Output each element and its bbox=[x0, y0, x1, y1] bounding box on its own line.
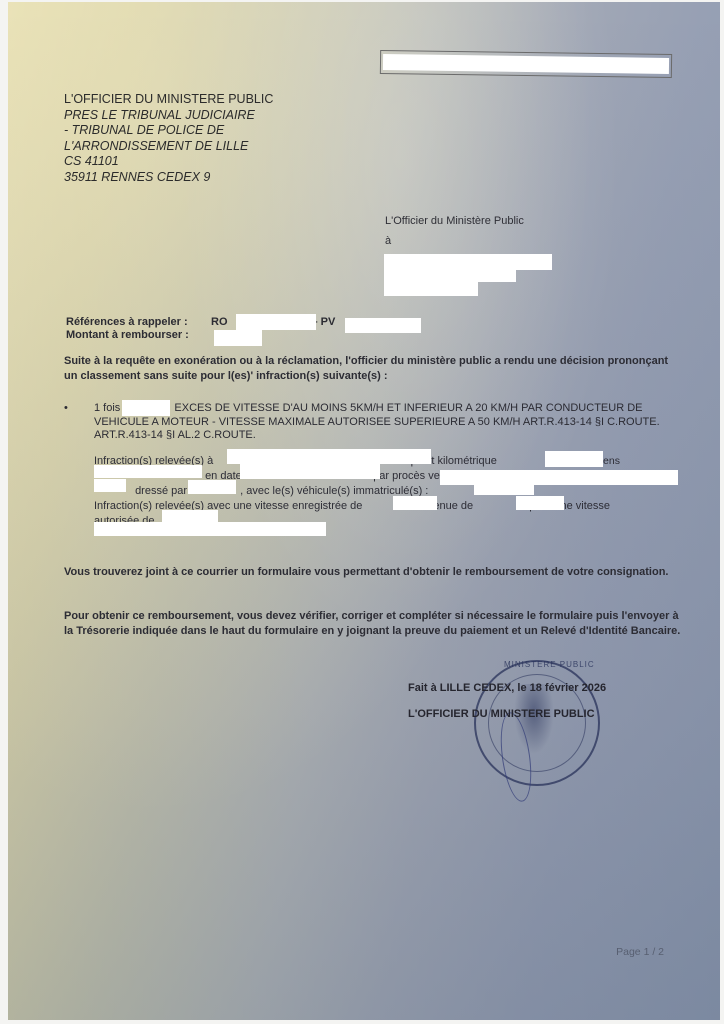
sender-line: PRES LE TRIBUNAL JUDICIAIRE bbox=[64, 108, 273, 124]
redacted-location bbox=[227, 449, 431, 464]
sender-block: L'OFFICIER DU MINISTERE PUBLIC PRES LE T… bbox=[64, 92, 273, 185]
official-stamp: MINISTERE PUBLIC bbox=[474, 660, 600, 786]
sender-line: CS 41101 bbox=[64, 154, 273, 170]
redacted-address-box bbox=[380, 50, 672, 78]
redacted-recipient-city bbox=[384, 280, 478, 296]
refund-paragraph: Pour obtenir ce remboursement, vous deve… bbox=[64, 609, 684, 638]
redacted-amount bbox=[214, 330, 262, 346]
sender-line: - TRIBUNAL DE POLICE DE bbox=[64, 123, 273, 139]
recipient-to: à bbox=[385, 234, 524, 248]
infraction-count: 1 fois bbox=[94, 402, 120, 414]
redacted-direction bbox=[94, 465, 202, 478]
redacted-issuer bbox=[188, 480, 236, 494]
bullet: • bbox=[64, 402, 68, 416]
redacted-authorized-speed bbox=[162, 510, 218, 522]
redacted-pv-cont bbox=[94, 479, 126, 492]
stamp-text: MINISTERE PUBLIC bbox=[504, 660, 595, 669]
signatory-title: L'OFFICIER DU MINISTERE PUBLIC bbox=[408, 708, 595, 720]
redacted-count-detail bbox=[122, 400, 170, 416]
redacted-plate bbox=[474, 481, 534, 495]
document-page: L'OFFICIER DU MINISTERE PUBLIC PRES LE T… bbox=[8, 2, 720, 1020]
infraction-description: EXCES DE VITESSE D'AU MOINS 5KM/H ET INF… bbox=[94, 402, 660, 441]
reference-prefix: RO bbox=[211, 316, 228, 329]
redacted-reference bbox=[236, 314, 316, 330]
redacted-km-point bbox=[545, 451, 603, 467]
sender-line: 35911 RENNES CEDEX 9 bbox=[64, 170, 273, 186]
detail-issuer-label: dressé par bbox=[135, 485, 187, 497]
place-date: Fait à LILLE CEDEX, le 18 février 2026 bbox=[408, 682, 606, 694]
redacted-pv-number bbox=[345, 318, 421, 333]
detail-speed-label: Infraction(s) relevée(s) avec une vitess… bbox=[94, 500, 362, 512]
amount-label: Montant à rembourser : bbox=[66, 329, 211, 342]
redacted-extra-line bbox=[94, 522, 326, 536]
redacted-retained-speed bbox=[516, 496, 564, 510]
recipient-from: L'Officier du Ministère Public bbox=[385, 214, 524, 228]
sender-line: L'ARRONDISSEMENT DE LILLE bbox=[64, 139, 273, 155]
reference-label: Références à rappeler : bbox=[66, 316, 211, 329]
form-paragraph: Vous trouverez joint à ce courrier un fo… bbox=[64, 565, 684, 580]
redacted-date bbox=[240, 464, 380, 479]
page-number: Page 1 / 2 bbox=[616, 946, 664, 958]
recipient-block: L'Officier du Ministère Public à bbox=[385, 214, 524, 248]
decision-paragraph: Suite à la requête en exonération ou à l… bbox=[64, 354, 684, 383]
redacted-recorded-speed bbox=[393, 496, 437, 510]
sender-line: L'OFFICIER DU MINISTERE PUBLIC bbox=[64, 92, 273, 108]
